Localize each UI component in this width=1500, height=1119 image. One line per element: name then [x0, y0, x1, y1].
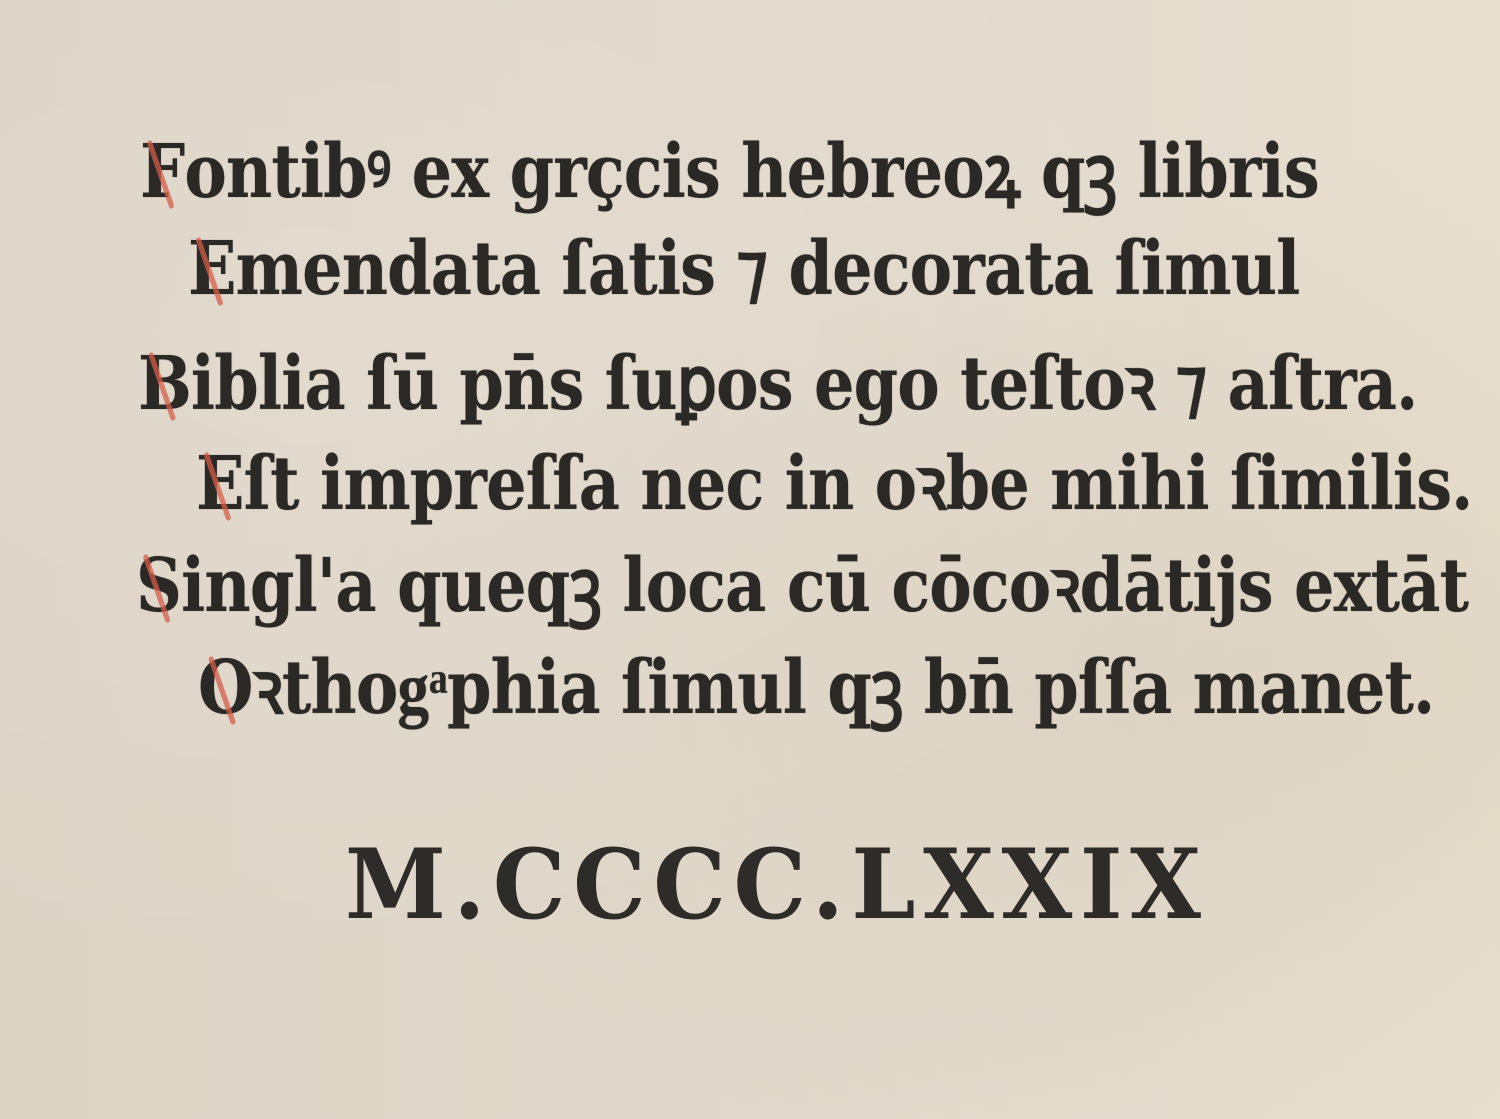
- colophon-line-6: O ꝛthogͣphia ſimul qꝫ bn̄ pſſa manet.: [198, 634, 1434, 735]
- rubricated-initial: E: [188, 226, 236, 312]
- rubricated-initial: S: [136, 543, 181, 629]
- rubricated-initial: E: [196, 441, 244, 527]
- line-text: mendata ſatis ⁊ decorata ſimul: [236, 226, 1300, 312]
- colophon-line-5: S ingl'a queqꝫ loca cū cōcoꝛdātijs extāt: [136, 532, 1468, 633]
- colophon-line-1: F ontibꝰ ex grçcis hebreoꝝ qꝫ libris: [140, 118, 1319, 219]
- line-text: ingl'a queqꝫ loca cū cōcoꝛdātijs extāt: [181, 543, 1468, 629]
- line-text: ſt impreſſa nec in oꝛbe mihi ſimilis.: [244, 441, 1473, 527]
- rubricated-initial: B: [138, 341, 191, 427]
- colophon-line-3: B iblia ſū pn̄s ſuꝑos ego teſtoꝛ ⁊ aſtra…: [138, 330, 1417, 431]
- line-text: iblia ſū pn̄s ſuꝑos ego teſtoꝛ ⁊ aſtra.: [191, 341, 1418, 427]
- rubricated-initial: F: [140, 129, 184, 215]
- imprint-date: M.CCCC.LXXIX: [345, 828, 1208, 941]
- line-text: ontibꝰ ex grçcis hebreoꝝ qꝫ libris: [184, 129, 1319, 215]
- colophon-line-2: E mendata ſatis ⁊ decorata ſimul: [188, 226, 1300, 312]
- colophon-line-4: E ſt impreſſa nec in oꝛbe mihi ſimilis.: [196, 430, 1472, 531]
- rubricated-initial: O: [198, 645, 253, 731]
- manuscript-page: F ontibꝰ ex grçcis hebreoꝝ qꝫ libris E m…: [0, 0, 1500, 1119]
- line-text: ꝛthogͣphia ſimul qꝫ bn̄ pſſa manet.: [253, 645, 1435, 731]
